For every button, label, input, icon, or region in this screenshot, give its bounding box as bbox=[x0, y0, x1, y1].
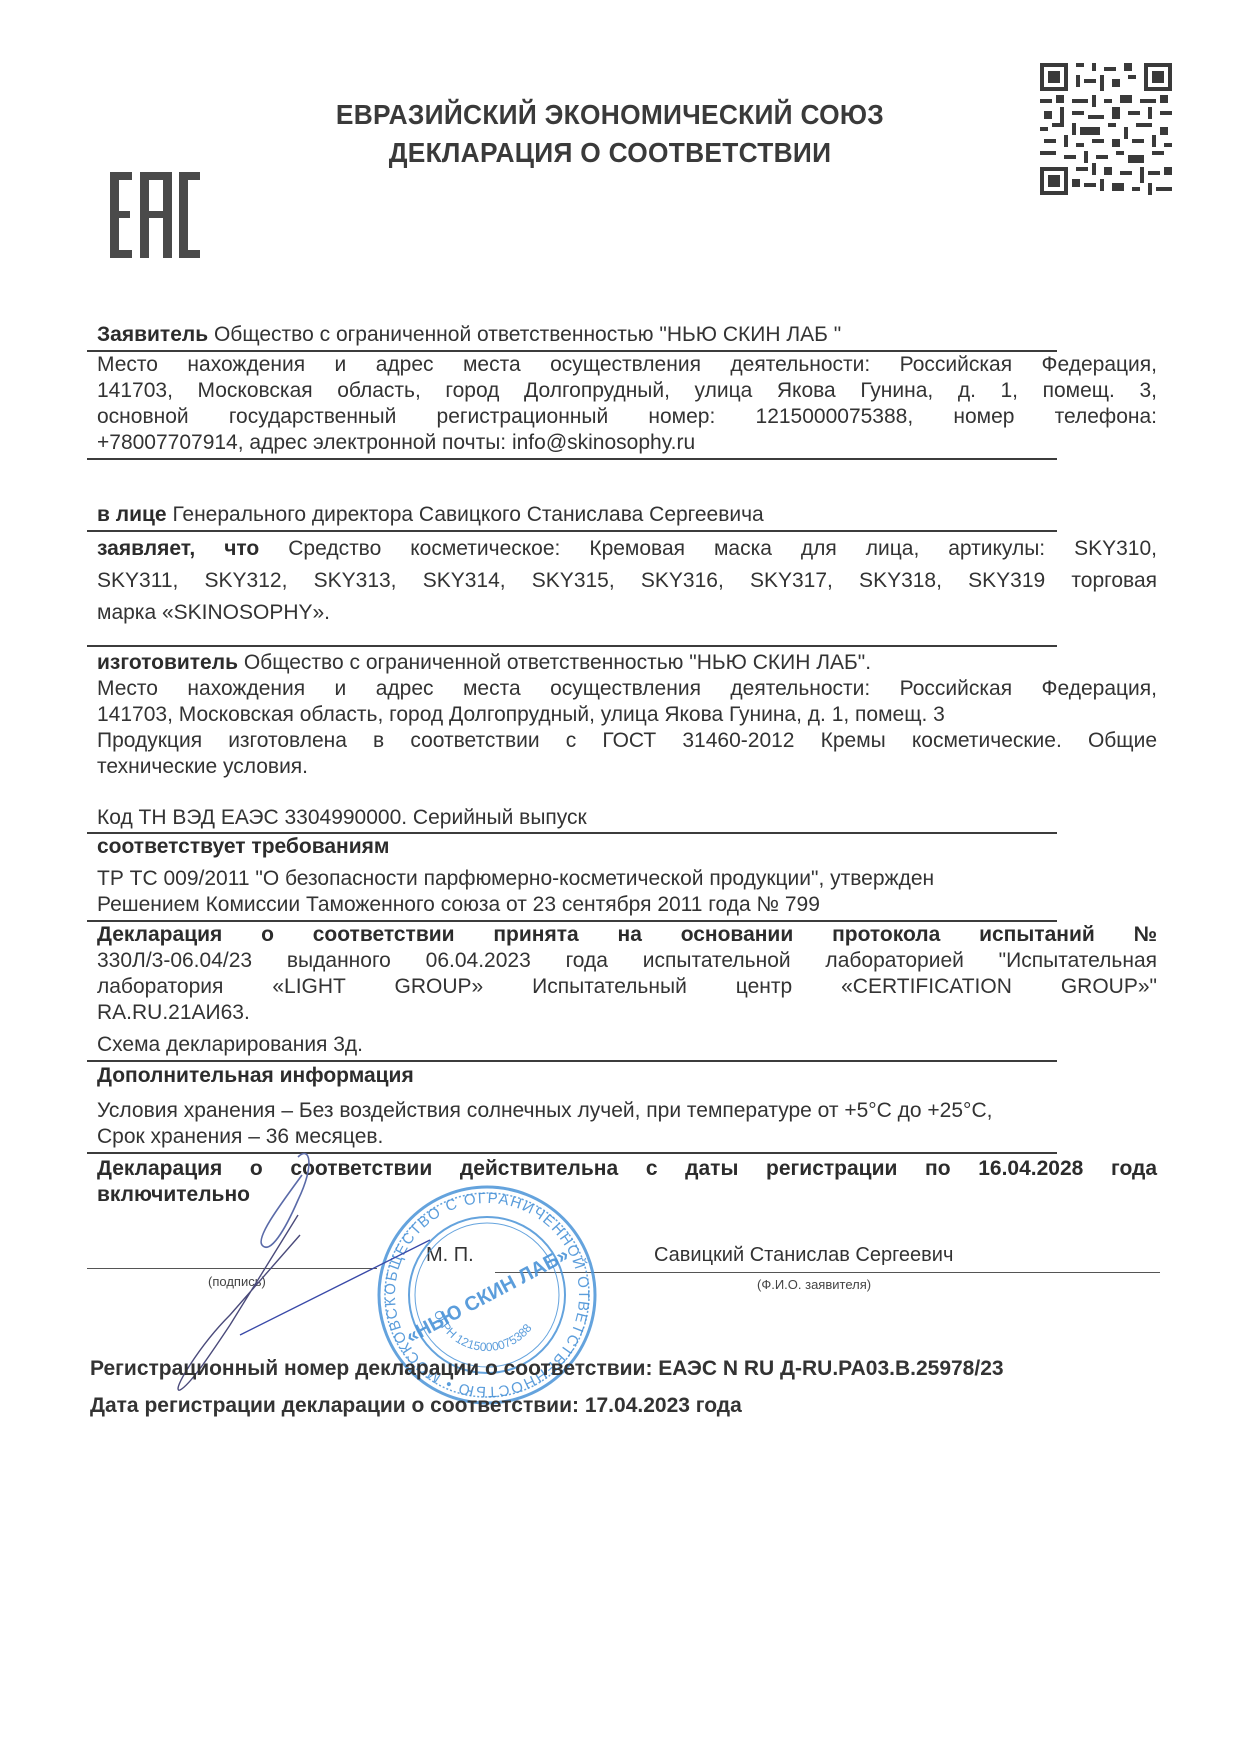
applicant-line: Заявитель Общество с ограниченной ответс… bbox=[97, 322, 1157, 348]
declaration-page: ЕВРАЗИЙСКИЙ ЭКОНОМИЧЕСКИЙ СОЮЗ ДЕКЛАРАЦИ… bbox=[0, 0, 1240, 1754]
applicant-name: Общество с ограниченной ответственностью… bbox=[214, 323, 841, 346]
requirements-label: соответствует требованиям bbox=[97, 834, 1157, 860]
divider bbox=[87, 1152, 1057, 1154]
manufacturer-label: изготовитель bbox=[97, 651, 238, 674]
declares-line-1: заявляет, что Средство косметическое: Кр… bbox=[97, 536, 1157, 562]
title-line-declaration: ДЕКЛАРАЦИЯ О СООТВЕТСТВИИ bbox=[272, 134, 949, 172]
requirements-line-1: ТР ТС 009/2011 "О безопасности парфюмерн… bbox=[97, 866, 1157, 892]
signer-name: Савицкий Станислав Сергеевич bbox=[654, 1242, 1054, 1268]
name-caption: (Ф.И.О. заявителя) bbox=[757, 1277, 871, 1292]
registration-number: Регистрационный номер декларации о соотв… bbox=[90, 1357, 1004, 1381]
representative-label: в лице bbox=[97, 503, 167, 526]
signature-caption: (подпись) bbox=[208, 1274, 266, 1289]
requirements-line-2: Решением Комиссии Таможенного союза от 2… bbox=[97, 892, 1157, 918]
additional-info-label: Дополнительная информация bbox=[97, 1063, 1157, 1089]
basis-line-1: 330Л/3-06.04/23 выданного 06.04.2023 год… bbox=[97, 948, 1157, 974]
declares-line-2: SKY311, SKY312, SKY313, SKY314, SKY315, … bbox=[97, 568, 1157, 594]
signature-line bbox=[87, 1268, 377, 1269]
shelf-life: Срок хранения – 36 месяцев. bbox=[97, 1124, 1157, 1150]
manufacturer-line: изготовитель Общество с ограниченной отв… bbox=[97, 650, 1157, 676]
representative-value: Генерального директора Савицкого Станисл… bbox=[172, 503, 763, 526]
applicant-label: Заявитель bbox=[97, 323, 208, 346]
applicant-address-line-2: 141703, Московская область, город Долгоп… bbox=[97, 378, 1157, 404]
divider bbox=[87, 645, 1057, 647]
validity-line-1: Декларация о соответствии действительна … bbox=[97, 1156, 1157, 1182]
declares-line-3: марка «SKINOSOPHY». bbox=[97, 600, 1157, 626]
manufacturer-address-line-2: 141703, Московская область, город Долгоп… bbox=[97, 702, 1157, 728]
tn-ved-code: Код ТН ВЭД ЕАЭС 3304990000. Серийный вып… bbox=[97, 805, 1157, 831]
basis-line-3: RA.RU.21АИ63. bbox=[97, 1000, 1157, 1026]
storage-conditions: Условия хранения – Без воздействия солне… bbox=[97, 1098, 1157, 1124]
basis-line-2: лаборатория «LIGHT GROUP» Испытательный … bbox=[97, 974, 1157, 1000]
registration-date: Дата регистрации декларации о соответств… bbox=[90, 1394, 742, 1418]
document-title: ЕВРАЗИЙСКИЙ ЭКОНОМИЧЕСКИЙ СОЮЗ ДЕКЛАРАЦИ… bbox=[272, 96, 949, 172]
representative-line: в лице Генерального директора Савицкого … bbox=[97, 502, 1157, 528]
manufacturer-gost-line-2: технические условия. bbox=[97, 754, 1157, 780]
eac-logo-icon bbox=[110, 172, 200, 258]
applicant-address-line-4: +78007707914, адрес электронной почты: i… bbox=[97, 430, 1157, 456]
qr-code-icon bbox=[1040, 63, 1172, 195]
manufacturer-address-line-1: Место нахождения и адрес места осуществл… bbox=[97, 676, 1157, 702]
manufacturer-name: Общество с ограниченной ответственностью… bbox=[244, 651, 871, 674]
svg-text:ОГРН 1215000075388: ОГРН 1215000075388 bbox=[431, 1308, 535, 1354]
basis-label: Декларация о соответствии принята на осн… bbox=[97, 922, 1157, 948]
declaration-scheme: Схема декларирования 3д. bbox=[97, 1032, 1157, 1058]
divider bbox=[87, 1060, 1057, 1062]
declares-label: заявляет, что bbox=[97, 537, 259, 560]
divider bbox=[87, 458, 1057, 460]
stamp-ogrn-text: ОГРН 1215000075388 bbox=[431, 1308, 535, 1354]
title-line-union: ЕВРАЗИЙСКИЙ ЭКОНОМИЧЕСКИЙ СОЮЗ bbox=[272, 96, 949, 134]
applicant-address-line-3: основной государственный регистрационный… bbox=[97, 404, 1157, 430]
stamp-center-text: «НЬЮ СКИН ЛАБ» bbox=[402, 1244, 572, 1348]
manufacturer-gost-line-1: Продукция изготовлена в соответствии с Г… bbox=[97, 728, 1157, 754]
declares-text-1: Средство косметическое: Кремовая маска д… bbox=[288, 537, 1157, 560]
applicant-address-line-1: Место нахождения и адрес места осуществл… bbox=[97, 352, 1157, 378]
divider bbox=[87, 530, 1057, 532]
validity-line-2: включительно bbox=[97, 1182, 1157, 1208]
